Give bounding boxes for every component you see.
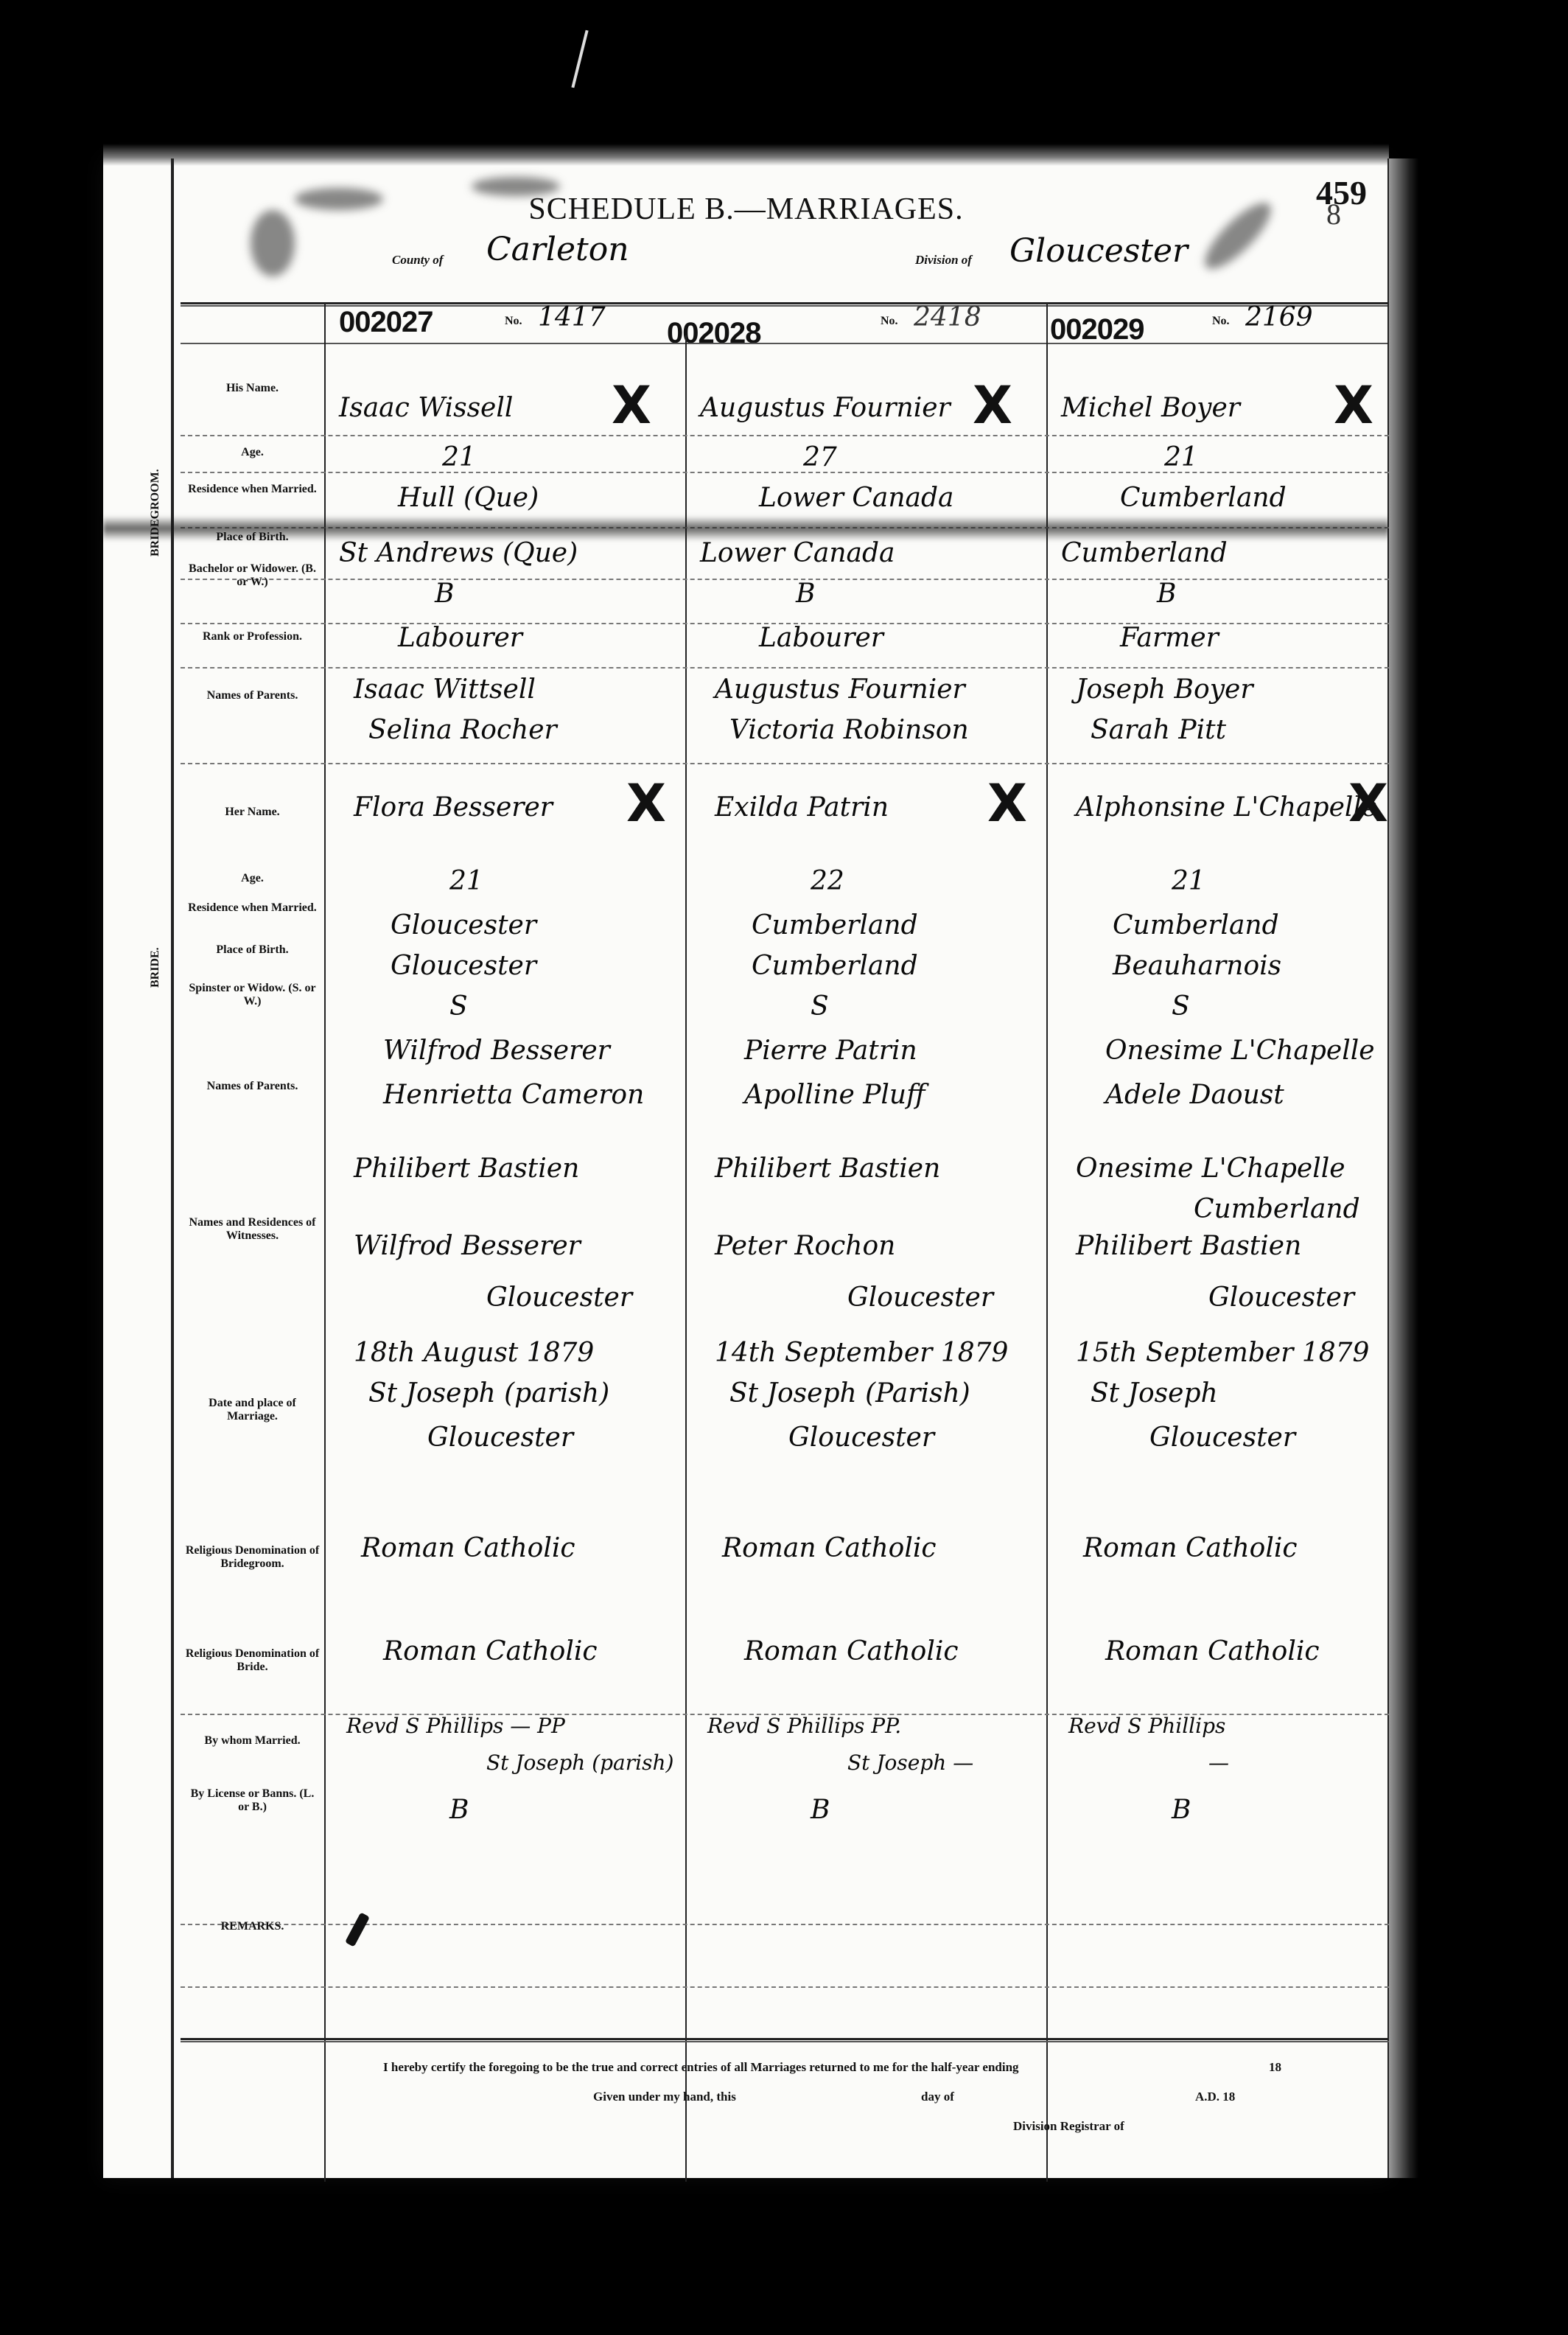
label-date-place: Date and place of Marriage. (184, 1397, 321, 1423)
entry-3-religion-groom: Roman Catholic (1083, 1533, 1298, 1563)
label-his-name: His Name. (184, 382, 321, 395)
entry-1-her-father: Wilfrod Besserer (383, 1036, 610, 1066)
entry-2-date: 14th September 1879 (715, 1338, 1008, 1368)
entry-1-spinster-widow: S (449, 991, 468, 1022)
label-license-banns: By License or Banns. (L. or B.) (184, 1787, 321, 1814)
label-his-birthplace: Place of Birth. (184, 531, 321, 544)
row-rule (181, 667, 1389, 669)
entry-stamp-1: 002027 (339, 306, 433, 339)
entry-2-married-by: Revd S Phillips PP. (707, 1714, 901, 1738)
column-divider (685, 335, 687, 2182)
label-his-residence: Residence when Married. (184, 483, 321, 496)
label-her-residence: Residence when Married. (184, 901, 321, 915)
label-remarks: REMARKS. (184, 1920, 321, 1933)
entry-1-place: St Joseph (parish) (368, 1378, 609, 1409)
entry-2-her-father: Pierre Patrin (744, 1036, 917, 1066)
entry-1-religion-bride: Roman Catholic (383, 1636, 598, 1666)
entry-3-her-residence: Cumberland (1113, 910, 1279, 940)
bride-mark-icon: X (987, 778, 1027, 829)
entry-2-witness1: Philibert Bastien (715, 1153, 940, 1184)
entry-1-married-by: Revd S Phillips — PP (346, 1714, 565, 1738)
row-rule (181, 579, 1389, 580)
entry-1-his-father: Isaac Wittsell (354, 674, 536, 705)
entry-number-3: 2169 (1245, 302, 1313, 332)
entry-no-label-1: No. (505, 315, 522, 328)
entry-3-license-banns: B (1172, 1795, 1191, 1825)
side-label-bridegroom: BRIDEGROOM. (149, 469, 162, 556)
entry-3-his-residence: Cumberland (1120, 483, 1287, 513)
groom-mark-icon: X (612, 380, 651, 431)
entry-3-spinster-widow: S (1172, 991, 1190, 1022)
certificate-division-registrar: Division Registrar of (1013, 2119, 1124, 2134)
entry-stamp-3: 002029 (1050, 313, 1144, 346)
entry-1-profession: Labourer (398, 623, 522, 653)
column-divider (1046, 302, 1048, 2182)
division-label: Division of (915, 253, 972, 268)
entry-1-her-mother: Henrietta Cameron (383, 1080, 644, 1110)
label-spinster-widow: Spinster or Widow. (S. or W.) (184, 982, 321, 1008)
entry-3-religion-bride: Roman Catholic (1105, 1636, 1320, 1666)
entry-2-his-name: Augustus Fournier (700, 393, 951, 423)
entry-1-his-name: Isaac Wissell (339, 393, 513, 423)
label-religion-groom: Religious Denomination of Bridegroom. (184, 1544, 321, 1571)
entry-3-his-father: Joseph Boyer (1076, 674, 1253, 705)
groom-mark-icon: X (973, 380, 1012, 431)
label-bachelor-widower: Bachelor or Widower. (B. or W.) (184, 562, 321, 589)
entry-2-his-age: 27 (803, 442, 837, 472)
entry-3-her-mother: Adele Daoust (1105, 1080, 1284, 1110)
entry-number-2: 2418 (914, 302, 981, 332)
entry-3-profession: Farmer (1120, 623, 1219, 653)
entry-2-profession: Labourer (759, 623, 883, 653)
entry-1-his-age: 21 (442, 442, 476, 472)
entry-3-place2: Gloucester (1149, 1423, 1295, 1453)
label-her-age: Age. (184, 872, 321, 885)
register-page: SCHEDULE B.—MARRIAGES. 8 459 County of C… (103, 158, 1389, 2178)
entry-2-his-mother: Victoria Robinson (729, 715, 969, 745)
label-her-parents: Names of Parents. (184, 1080, 321, 1093)
entry-1-religion-groom: Roman Catholic (361, 1533, 575, 1563)
row-rule (181, 763, 1389, 764)
right-frame-rule (1387, 158, 1390, 2178)
entry-3-witness1-residence: Cumberland (1194, 1194, 1360, 1224)
entry-3-married-by2: — (1208, 1751, 1229, 1775)
entry-2-her-name: Exilda Patrin (715, 792, 889, 823)
entry-1-license-banns: B (449, 1795, 469, 1825)
entry-3-witness2: Philibert Bastien (1076, 1231, 1301, 1261)
page-title: SCHEDULE B.—MARRIAGES. (103, 192, 1389, 227)
entry-2-religion-bride: Roman Catholic (744, 1636, 959, 1666)
label-his-age: Age. (184, 446, 321, 459)
entry-1-married-by2: St Joseph (parish) (486, 1751, 673, 1775)
certificate-ad-year: A.D. 18 (1195, 2090, 1235, 2104)
page-number: 459 (1316, 173, 1367, 212)
entry-2-his-birthplace: Lower Canada (700, 538, 895, 568)
entry-1-her-age: 21 (449, 866, 483, 896)
county-label: County of (392, 253, 443, 268)
entry-1-her-birthplace: Gloucester (391, 951, 536, 981)
entry-2-married-by2: St Joseph — (847, 1751, 973, 1775)
entry-3-his-mother: Sarah Pitt (1091, 715, 1226, 745)
entry-3-witness2-residence: Gloucester (1208, 1282, 1354, 1313)
entry-3-her-birthplace: Beauharnois (1113, 951, 1281, 981)
entry-3-married-by: Revd S Phillips (1068, 1714, 1225, 1738)
entry-1-bachelor-widower: B (435, 579, 454, 609)
bride-mark-icon: X (626, 778, 666, 829)
entry-stamp-2: 002028 (667, 317, 760, 350)
groom-mark-icon: X (1334, 380, 1373, 431)
entry-3-his-age: 21 (1164, 442, 1198, 472)
entry-3-her-father: Onesime L'Chapelle (1105, 1036, 1375, 1066)
entry-3-her-name: Alphonsine L'Chapelle (1076, 792, 1377, 823)
label-profession: Rank or Profession. (184, 630, 321, 643)
entry-2-his-residence: Lower Canada (759, 483, 954, 513)
certificate-given-under: Given under my hand, this (593, 2090, 736, 2104)
entry-2-her-residence: Cumberland (752, 910, 918, 940)
row-rule (181, 1986, 1389, 1988)
entry-1-her-name: Flora Besserer (354, 792, 553, 823)
row-rule (181, 472, 1389, 473)
scan-artifact (571, 30, 588, 88)
entry-1-his-mother: Selina Rocher (368, 715, 557, 745)
entry-no-label-3: No. (1212, 315, 1230, 328)
label-witnesses: Names and Residences of Witnesses. (184, 1216, 321, 1243)
entry-1-his-birthplace: St Andrews (Que) (339, 538, 578, 568)
label-his-parents: Names of Parents. (184, 689, 321, 702)
label-married-by: By whom Married. (184, 1734, 321, 1748)
entry-3-his-birthplace: Cumberland (1061, 538, 1228, 568)
entry-2-spinster-widow: S (811, 991, 829, 1022)
county-value: Carleton (486, 231, 629, 268)
entry-2-her-mother: Apolline Pluff (744, 1080, 925, 1110)
page-top-stain (103, 144, 1389, 166)
entry-2-place: St Joseph (Parish) (729, 1378, 970, 1409)
entry-3-witness1: Onesime L'Chapelle (1076, 1153, 1345, 1184)
entry-2-witness2: Peter Rochon (715, 1231, 895, 1261)
row-rule (181, 435, 1389, 436)
column-header-rule (181, 343, 1389, 344)
entry-1-witness2: Wilfrod Besserer (354, 1231, 581, 1261)
entry-2-license-banns: B (811, 1795, 830, 1825)
entry-1-place2: Gloucester (427, 1423, 573, 1453)
division-value: Gloucester (1009, 232, 1188, 270)
certificate-day-of: day of (921, 2090, 954, 2104)
side-label-bride: BRIDE. (149, 947, 162, 988)
label-religion-bride: Religious Denomination of Bride. (184, 1647, 321, 1674)
entry-1-date: 18th August 1879 (354, 1338, 594, 1368)
label-her-birthplace: Place of Birth. (184, 943, 321, 957)
footer-rule (181, 2038, 1389, 2042)
left-frame-rule (171, 158, 174, 2178)
certificate-year-1: 18 (1269, 2060, 1281, 2075)
entry-3-bachelor-widower: B (1157, 579, 1176, 609)
bride-mark-icon: X (1348, 778, 1388, 829)
entry-1-his-residence: Hull (Que) (398, 483, 539, 513)
entry-3-place: St Joseph (1091, 1378, 1218, 1409)
entry-number-1: 1417 (538, 302, 606, 332)
entry-2-his-father: Augustus Fournier (715, 674, 965, 705)
entry-1-witness2-residence: Gloucester (486, 1282, 632, 1313)
column-divider (324, 302, 326, 2182)
entry-2-her-age: 22 (811, 866, 844, 896)
entry-3-her-age: 21 (1172, 866, 1205, 896)
entry-3-date: 15th September 1879 (1076, 1338, 1369, 1368)
entry-3-his-name: Michel Boyer (1061, 393, 1240, 423)
entry-2-her-birthplace: Cumberland (752, 951, 918, 981)
entry-2-witness2-residence: Gloucester (847, 1282, 993, 1313)
entry-1-her-residence: Gloucester (391, 910, 536, 940)
certificate-line-1: I hereby certify the foregoing to be the… (383, 2060, 1019, 2075)
entry-2-bachelor-widower: B (796, 579, 815, 609)
entry-2-place2: Gloucester (788, 1423, 934, 1453)
entry-no-label-2: No. (881, 315, 898, 328)
entry-1-witness1: Philibert Bastien (354, 1153, 579, 1184)
label-her-name: Her Name. (184, 806, 321, 819)
entry-2-religion-groom: Roman Catholic (722, 1533, 937, 1563)
ink-blot (345, 1912, 370, 1947)
